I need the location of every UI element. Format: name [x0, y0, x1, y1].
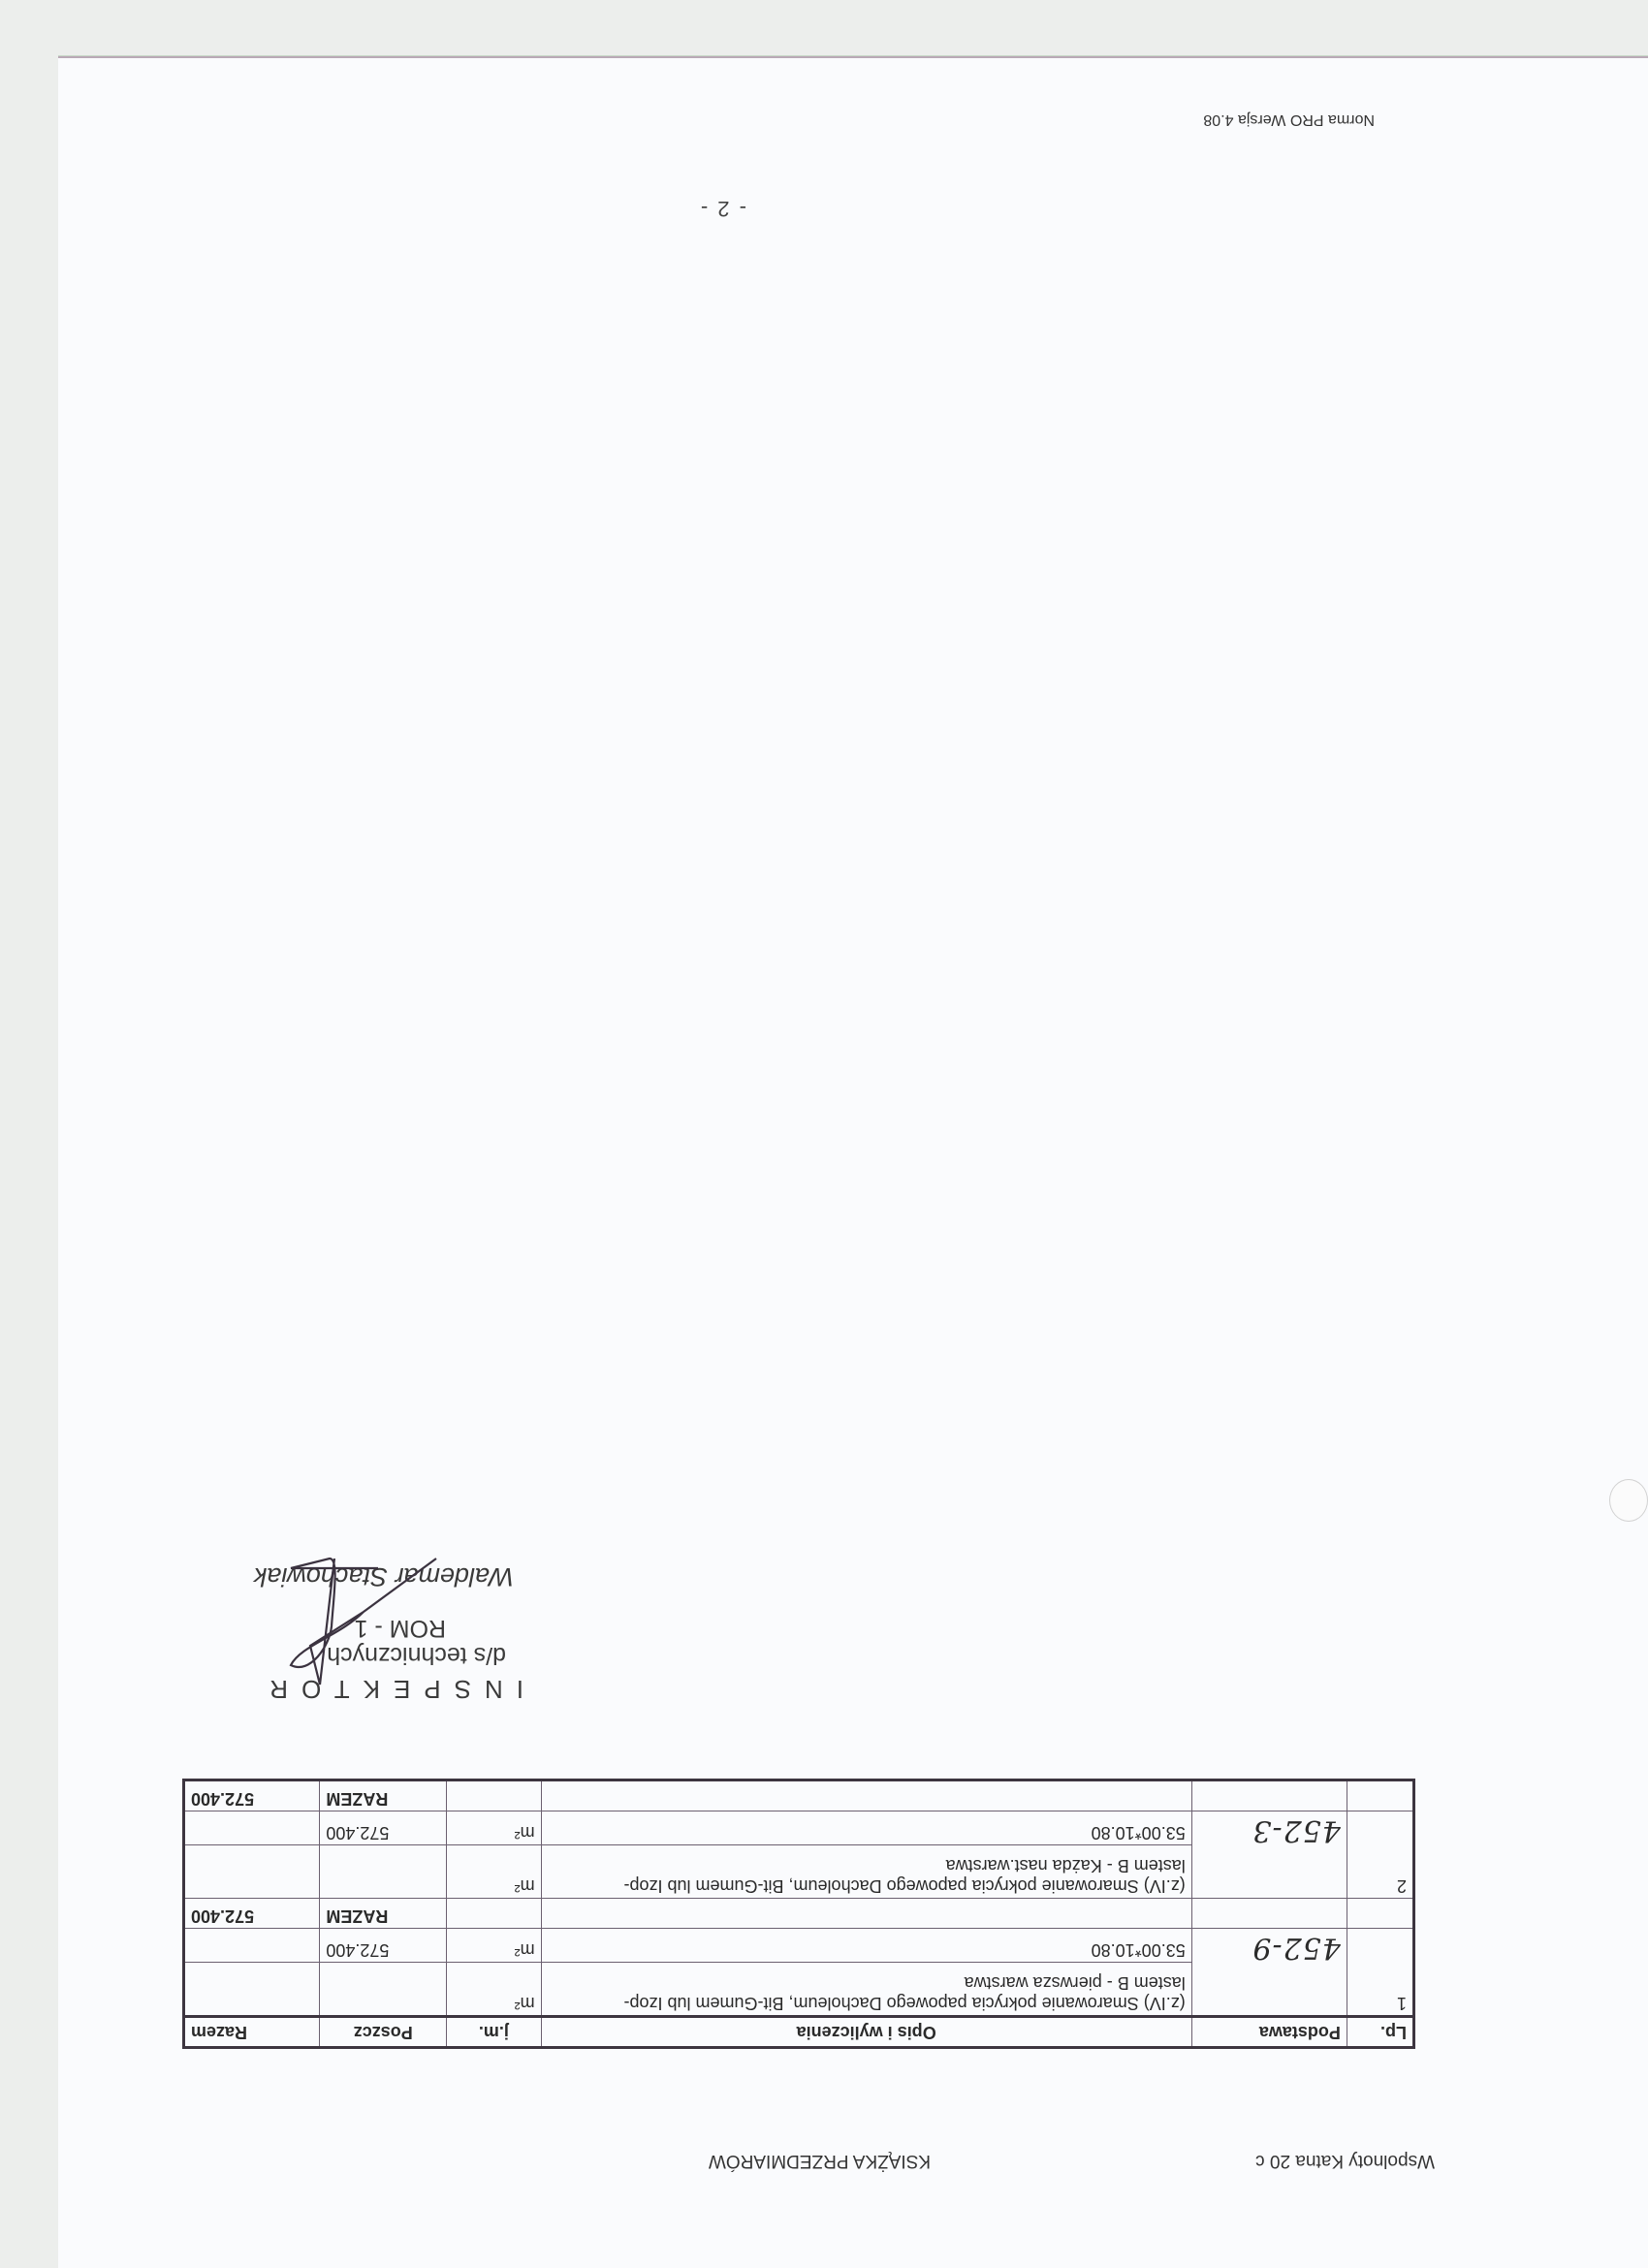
header-location: Wspolnoty Katna 20 c: [1255, 2150, 1435, 2171]
razem-value: 572.400: [184, 1899, 320, 1929]
cell-empty: [541, 1780, 1191, 1811]
cell-poszcz-value: 572.400: [320, 1811, 447, 1845]
cell-empty: [447, 1899, 541, 1929]
measurement-table: Lp. Podstawa Opis i wyliczenia j.m. Posz…: [182, 1779, 1415, 2049]
cell-opis: (z.IV) Smarowanie pokrycia papowego Dach…: [541, 1845, 1191, 1899]
footer-software-version: Norma PRO Wersja 4.08: [1203, 110, 1375, 128]
table-row-razem: RAZEM 572.400: [184, 1899, 1414, 1929]
cell-razem: [184, 1963, 320, 2017]
cell-empty: [1191, 1899, 1347, 1929]
cell-poszcz: [320, 1963, 447, 2017]
cell-calc-jm: m²: [447, 1811, 541, 1845]
cell-razem-empty: [184, 1929, 320, 1963]
cell-opis: (z.IV) Smarowanie pokrycia papowego Dach…: [541, 1963, 1191, 2017]
cell-razem: [184, 1845, 320, 1899]
signature-icon: [262, 1549, 456, 1704]
col-header-opis: Opis i wyliczenia: [541, 2017, 1191, 2048]
cell-jm: m²: [447, 1845, 541, 1899]
razem-value: 572.400: [184, 1780, 320, 1811]
cell-poszcz-value: 572.400: [320, 1929, 447, 1963]
cell-empty: [1347, 1899, 1413, 1929]
cell-lp: 1: [1347, 1929, 1413, 2017]
table-row: 1 452-9 (z.IV) Smarowanie pokrycia papow…: [184, 1963, 1414, 2017]
col-header-lp: Lp.: [1347, 2017, 1413, 2048]
handwritten-code: 452-3: [1252, 1813, 1340, 1847]
inspector-stamp: INSPEKTOR d/s technicznych ROM - 1 Walde…: [194, 1529, 523, 1704]
opis-line: (z.IV) Smarowanie pokrycia papowego Dach…: [548, 1875, 1186, 1896]
razem-label: RAZEM: [320, 1899, 447, 1929]
handwritten-code: 452-9: [1252, 1931, 1340, 1965]
cell-empty: [447, 1780, 541, 1811]
cell-empty: [541, 1899, 1191, 1929]
opis-line: lastem B - Każda nast.warstwa: [548, 1855, 1186, 1875]
col-header-razem: Razem: [184, 2017, 320, 2048]
col-header-podstawa: Podstawa: [1191, 2017, 1347, 2048]
opis-line: lastem B - pierwsza warstwa: [548, 1972, 1186, 1993]
punch-hole-mark: [1609, 1479, 1648, 1522]
cell-poszcz: [320, 1845, 447, 1899]
col-header-jm: j.m.: [447, 2017, 541, 2048]
razem-label: RAZEM: [320, 1780, 447, 1811]
cell-podstawa: 452-3: [1191, 1811, 1347, 1899]
scanned-page-rotated: Wspolnoty Katna 20 c KSIĄŻKA PRZEDMIARÓW…: [0, 0, 1648, 2268]
page-number: - 2 -: [699, 196, 746, 221]
table-header-row: Lp. Podstawa Opis i wyliczenia j.m. Posz…: [184, 2017, 1414, 2048]
cell-empty: [1191, 1780, 1347, 1811]
cell-calc: 53.00*10.80: [541, 1929, 1191, 1963]
cell-calc-jm: m²: [447, 1929, 541, 1963]
header-title: KSIĄŻKA PRZEDMIARÓW: [709, 2150, 931, 2171]
col-header-poszcz: Poszcz: [320, 2017, 447, 2048]
cell-razem-empty: [184, 1811, 320, 1845]
cell-jm: m²: [447, 1963, 541, 2017]
opis-line: (z.IV) Smarowanie pokrycia papowego Dach…: [548, 1993, 1186, 2013]
paper-sheet: Wspolnoty Katna 20 c KSIĄŻKA PRZEDMIARÓW…: [58, 56, 1648, 2268]
table-row-razem: RAZEM 572.400: [184, 1780, 1414, 1811]
cell-empty: [1347, 1780, 1413, 1811]
cell-calc: 53.00*10.80: [541, 1811, 1191, 1845]
table-row: 2 452-3 (z.IV) Smarowanie pokrycia papow…: [184, 1845, 1414, 1899]
cell-lp: 2: [1347, 1811, 1413, 1899]
cell-podstawa: 452-9: [1191, 1929, 1347, 2017]
